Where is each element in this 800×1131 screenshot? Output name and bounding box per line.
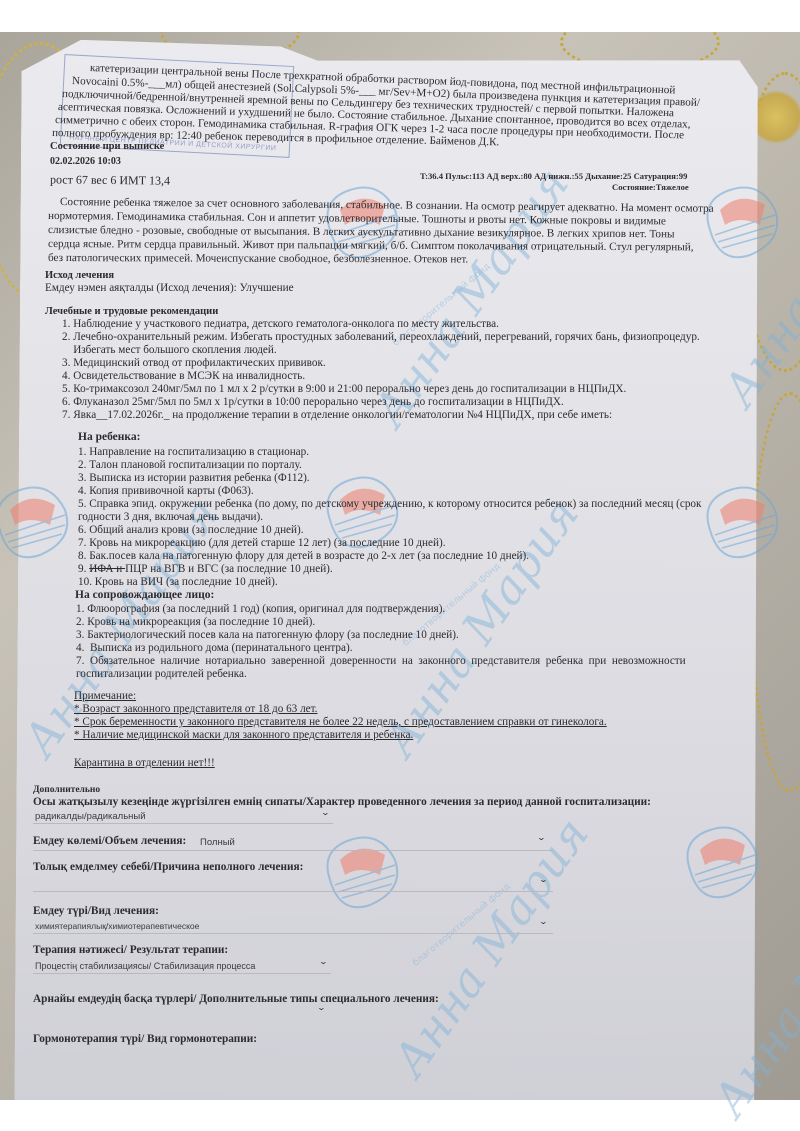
note-item: * Срок беременности у законного представ…	[74, 716, 607, 729]
child-doc-item: 2. Талон плановой госпитализации по порт…	[78, 459, 302, 472]
child-doc-item: годности 3 дня, включая день выдачи).	[78, 511, 263, 524]
quarantine-notice: Карантина в отделении нет!!!	[74, 757, 215, 770]
recommendation-item: 3. Медицинский отвод от профилактических…	[62, 357, 326, 370]
select-value: радикалды/радикальный	[35, 810, 146, 823]
field-label: Гормонотерапия түрі/ Вид гормонотерапии:	[33, 1033, 257, 1046]
companion-doc-item: 2. Кровь на микрореакция (за последние 1…	[76, 616, 315, 629]
companion-doc-item: 3. Бактериологический посев кала на пато…	[76, 629, 459, 642]
companion-docs-title: На сопровождающее лицо:	[75, 589, 214, 602]
recommendation-item: 2. Лечебно-охранительный режим. Избегать…	[62, 331, 700, 344]
recommendations-title: Лечебные и трудовые рекомендации	[45, 305, 218, 318]
chevron-down-icon[interactable]: ⌄	[321, 808, 330, 817]
child-doc-item: 6. Общий анализ крови (за последние 10 д…	[78, 524, 304, 537]
recommendation-item: 4. Освидетельствование в МСЭК на инвалид…	[62, 370, 305, 383]
select-value: химиятерапиялық/химиотерапевтическое	[35, 920, 199, 933]
field-label: Терапия нәтижесі/ Результат терапии:	[33, 944, 228, 957]
field-label: Арнайы емдеудің басқа түрлері/ Дополните…	[33, 993, 439, 1006]
description-line: без патологических примесей. Мочеиспуска…	[48, 252, 468, 266]
anthropometry: рост 67 вес 6 ИМТ 13,4	[50, 173, 170, 187]
item-number: 9.	[78, 563, 89, 575]
recommendation-item: 7. Явка__17.02.2026г._ на продолжение те…	[62, 409, 612, 422]
chevron-down-icon[interactable]: ⌄	[319, 957, 328, 966]
patient-state: Состояние:Тяжелое	[612, 181, 689, 194]
field-label: Толық емделмеу себебі/Причина неполного …	[33, 861, 303, 874]
select-underline	[33, 850, 553, 851]
recommendation-item: Избегать мест большого скопления людей.	[62, 344, 277, 357]
companion-doc-item: госпитализации родителей ребенка.	[76, 668, 247, 681]
child-doc-item: 7. Кровь на микрореакцию (для детей стар…	[78, 537, 446, 550]
child-doc-item: 1. Направление на госпитализацию в стаци…	[78, 446, 309, 459]
recommendation-item: 1. Наблюдение у участкового педиатра, де…	[62, 318, 499, 331]
select-underline	[33, 823, 333, 824]
recommendation-item: 5. Ко-тримаксозол 240мг/5мл по 1 мл х 2 …	[62, 383, 626, 396]
select-underline	[33, 891, 553, 892]
companion-doc-item: 1. Флюорография (за последний 1 год) (ко…	[76, 603, 445, 616]
document-content: катетеризации центральной вены После тре…	[0, 0, 800, 1131]
chevron-down-icon[interactable]: ⌄	[539, 917, 548, 926]
chevron-down-icon[interactable]: ⌄	[317, 1003, 326, 1012]
item-text: ПЦР на ВГВ и ВГС (за последние 10 дней).	[125, 563, 333, 575]
child-docs-title: На ребенка:	[78, 431, 140, 444]
field-label: Емдеу көлемі/Объем лечения:	[33, 835, 186, 848]
companion-doc-item: 4. Выписка из родильного дома (перинатал…	[76, 642, 353, 655]
child-doc-item: 4. Копия прививочной карты (Ф063).	[78, 485, 254, 498]
discharge-section-title: Состояние при выписке	[50, 140, 164, 153]
field-label: Емдеу түрі/Вид лечения:	[33, 905, 159, 918]
child-doc-item: 10. Кровь на ВИЧ (за последние 10 дней).	[78, 576, 278, 589]
chevron-down-icon[interactable]: ⌄	[537, 833, 546, 842]
outcome-text: Емдеу нэмен аяқталды (Исход лечения): Ул…	[45, 282, 294, 295]
struck-text: ИФА и	[89, 563, 125, 575]
outcome-title: Исход лечения	[45, 269, 114, 282]
field-label: Осы жатқызылу кезеңінде жүргізілген емні…	[33, 796, 651, 809]
note-item: * Возраст законного представителя от 18 …	[74, 703, 317, 716]
chevron-down-icon[interactable]: ⌄	[539, 875, 548, 884]
notes-title: Примечание:	[74, 690, 136, 703]
recommendation-item: 6. Флуканазол 25мг/5мл по 5мл х 1р/сутки…	[62, 396, 564, 409]
discharge-datetime: 02.02.2026 10:03	[50, 155, 121, 168]
select-underline	[33, 973, 331, 974]
child-doc-item-9: 9. ИФА и ПЦР на ВГВ и ВГС (за последние …	[78, 563, 333, 576]
select-value: Процестің стабилизациясы/ Стабилизация п…	[35, 960, 255, 973]
child-doc-item: 8. Бак.посев кала на патогенную флору дл…	[78, 550, 529, 563]
note-item: * Наличие медицинской маски для законног…	[74, 729, 413, 742]
select-underline	[33, 933, 553, 934]
select-value: Полный	[200, 836, 235, 849]
companion-doc-item: 7. Обязательное наличие нотариально заве…	[76, 655, 686, 668]
child-doc-item: 3. Выписка из истории развития ребенка (…	[78, 472, 310, 485]
child-doc-item: 5. Справка эпид. окружении ребенка (по д…	[78, 498, 701, 511]
